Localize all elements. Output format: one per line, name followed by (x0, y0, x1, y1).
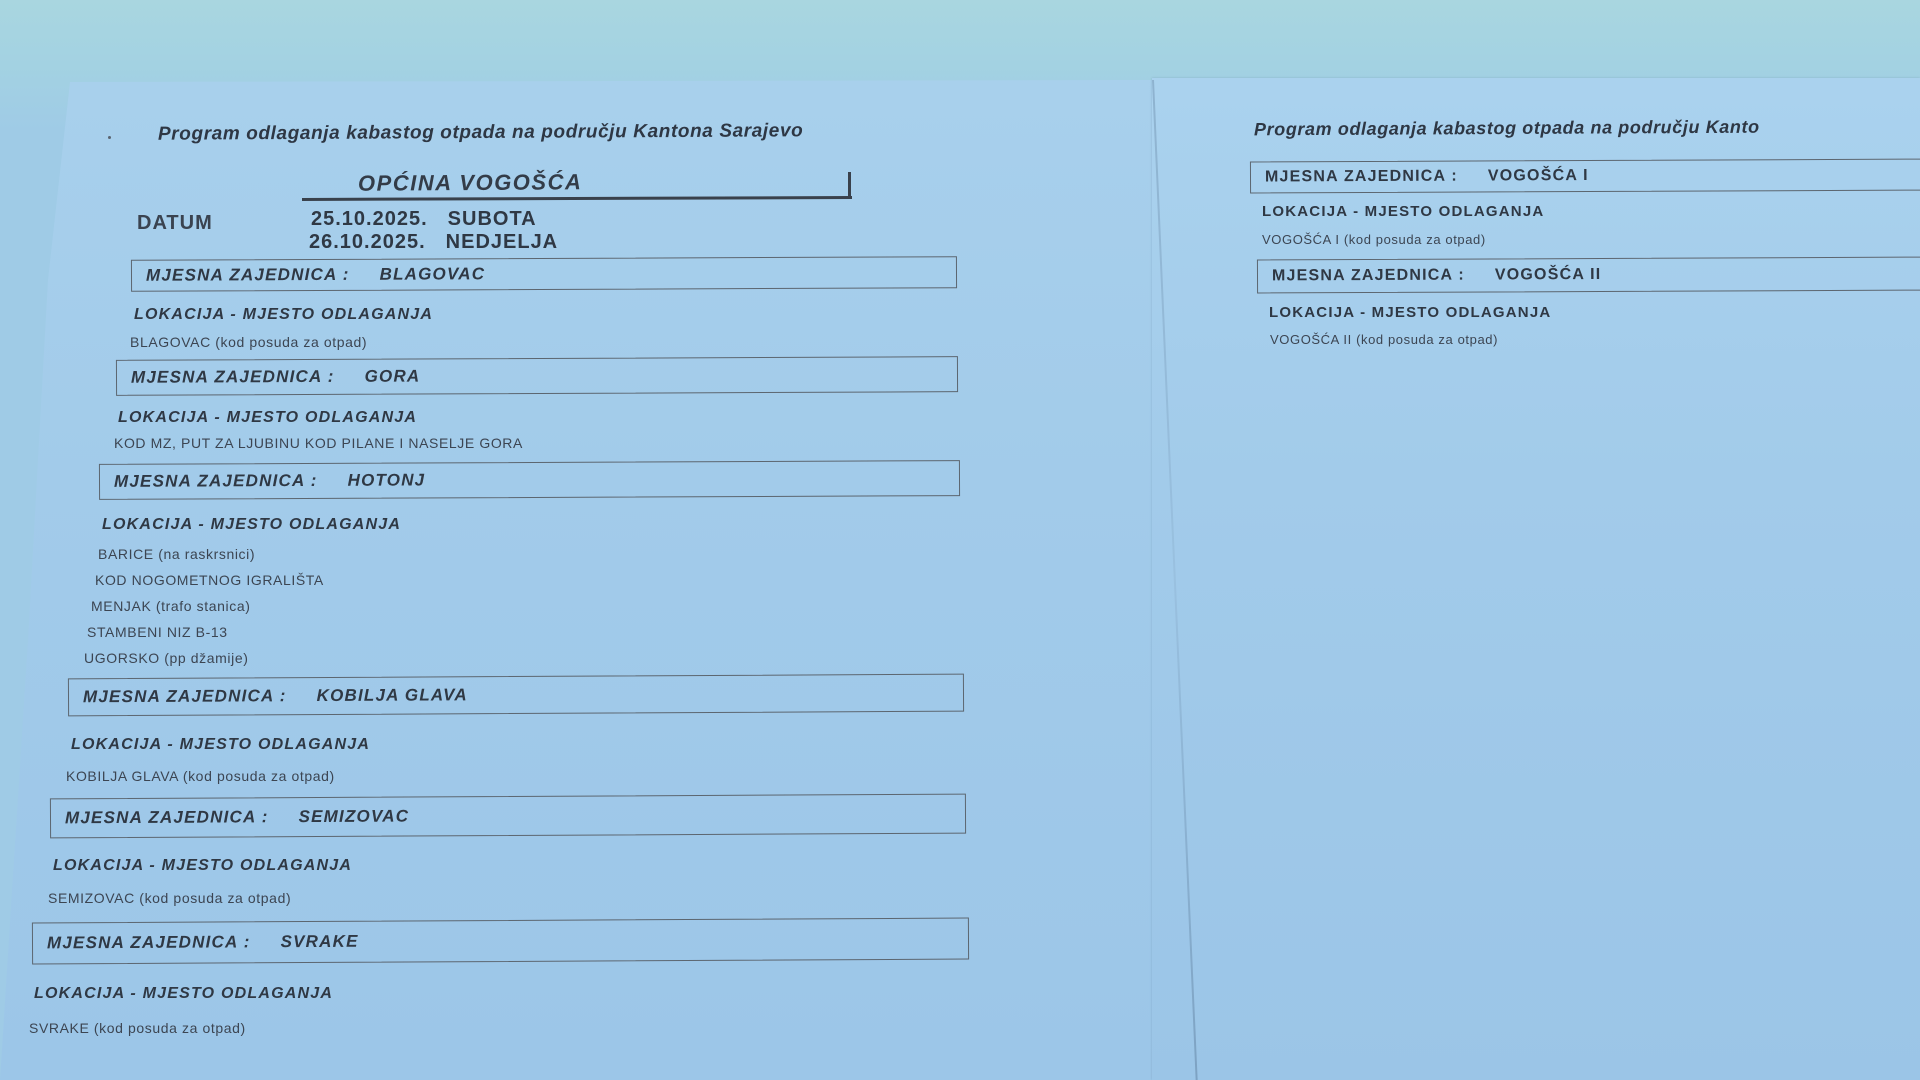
community-name: GORA (365, 367, 421, 387)
community-box-semizovac: MJESNA ZAJEDNICA : SEMIZOVAC (50, 794, 966, 839)
location-item: STAMBENI NIZ B-13 (87, 624, 228, 640)
community-label: MJESNA ZAJEDNICA : (65, 807, 269, 828)
municipality-underline-tick (848, 172, 851, 198)
datum-label: DATUM (137, 212, 213, 235)
date-line-2: 26.10.2025.NEDJELJA (309, 231, 558, 254)
location-heading: LOKACIJA - MJESTO ODLAGANJA (71, 736, 370, 754)
location-item: BARICE (na raskrsnici) (98, 546, 255, 562)
municipality-title: OPĆINA VOGOŠĆA (358, 169, 583, 197)
day-value: NEDJELJA (446, 231, 558, 253)
date-value: 26.10.2025. (309, 231, 426, 253)
community-label: MJESNA ZAJEDNICA : (83, 686, 287, 707)
location-heading: LOKACIJA - MJESTO ODLAGANJA (118, 409, 417, 427)
community-name: BLAGOVAC (380, 264, 486, 284)
stray-dot (108, 136, 111, 139)
date-line-1: 25.10.2025.SUBOTA (311, 208, 537, 231)
location-heading: LOKACIJA - MJESTO ODLAGANJA (34, 985, 333, 1003)
community-box-blagovac: MJESNA ZAJEDNICA : BLAGOVAC (131, 256, 957, 292)
community-box-svrake: MJESNA ZAJEDNICA : SVRAKE (32, 918, 969, 965)
community-box-hotonj: MJESNA ZAJEDNICA : HOTONJ (99, 460, 960, 500)
community-box-vogosca-1: MJESNA ZAJEDNICA : VOGOŠĆA I (1250, 158, 1920, 193)
location-item: SVRAKE (kod posuda za otpad) (29, 1020, 246, 1036)
date-value: 25.10.2025. (311, 208, 428, 230)
community-name: SVRAKE (281, 932, 359, 952)
community-name: SEMIZOVAC (299, 807, 410, 828)
community-box-gora: MJESNA ZAJEDNICA : GORA (116, 356, 958, 396)
community-name: VOGOŠĆA II (1495, 266, 1602, 284)
community-label: MJESNA ZAJEDNICA : (131, 367, 335, 388)
community-label: MJESNA ZAJEDNICA : (1272, 267, 1465, 286)
location-heading: LOKACIJA - MJESTO ODLAGANJA (53, 857, 352, 875)
location-item: BLAGOVAC (kod posuda za otpad) (130, 334, 367, 350)
location-heading: LOKACIJA - MJESTO ODLAGANJA (1269, 304, 1551, 321)
right-document-page (1152, 78, 1920, 1080)
document-title-right: Program odlaganja kabastog otpada na pod… (1254, 117, 1760, 141)
day-value: SUBOTA (448, 208, 537, 230)
community-label: MJESNA ZAJEDNICA : (47, 932, 251, 953)
community-label: MJESNA ZAJEDNICA : (1265, 168, 1458, 187)
community-box-kobilja-glava: MJESNA ZAJEDNICA : KOBILJA GLAVA (68, 674, 964, 717)
location-item: VOGOŠĆA I (kod posuda za otpad) (1262, 232, 1486, 247)
location-item: KOBILJA GLAVA (kod posuda za otpad) (66, 768, 335, 784)
location-item: VOGOŠĆA II (kod posuda za otpad) (1270, 332, 1498, 347)
location-item: UGORSKO (pp džamije) (84, 650, 248, 666)
community-name: VOGOŠĆA I (1488, 167, 1589, 185)
location-item: MENJAK (trafo stanica) (91, 598, 250, 614)
document-title: Program odlaganja kabastog otpada na pod… (158, 120, 803, 145)
location-heading: LOKACIJA - MJESTO ODLAGANJA (134, 306, 433, 324)
location-item: KOD NOGOMETNOG IGRALIŠTA (95, 572, 324, 588)
community-label: MJESNA ZAJEDNICA : (146, 265, 350, 286)
location-item: SEMIZOVAC (kod posuda za otpad) (48, 890, 291, 906)
location-heading: LOKACIJA - MJESTO ODLAGANJA (1262, 203, 1544, 220)
community-box-vogosca-2: MJESNA ZAJEDNICA : VOGOŠĆA II (1257, 257, 1920, 294)
community-label: MJESNA ZAJEDNICA : (114, 471, 318, 492)
community-name: HOTONJ (348, 470, 426, 490)
location-heading: LOKACIJA - MJESTO ODLAGANJA (102, 516, 401, 534)
community-name: KOBILJA GLAVA (317, 685, 468, 706)
location-item: KOD MZ, PUT ZA LJUBINU KOD PILANE I NASE… (114, 435, 523, 451)
